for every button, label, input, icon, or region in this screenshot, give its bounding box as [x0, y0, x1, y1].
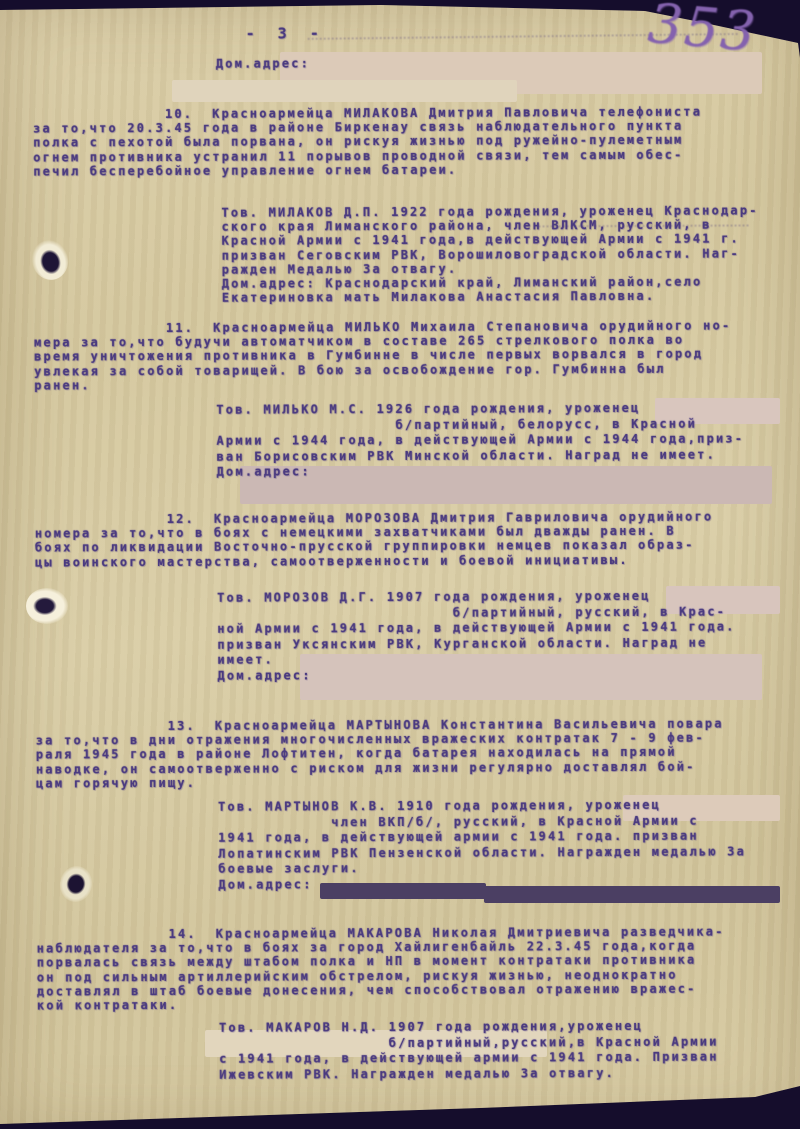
entry-14-bio: Тов. МАКАРОВ Н.Д. 1907 года рождения,уро… [219, 1018, 784, 1083]
entry-10-citation: 10. Красноармейца МИЛАКОВА Дмитрия Павло… [33, 104, 773, 178]
entry-10-bio: Тов. МИЛАКОВ Д.П. 1922 года рождения, ур… [221, 203, 781, 305]
paper-hole [26, 588, 68, 624]
entry-11-citation: 11. Красноармейца МИЛЬКО Михаила Степано… [34, 318, 779, 392]
entry-13-citation: 13. Красноармейца МАРТЫНОВА Константина … [36, 716, 781, 790]
handwritten-folio-number: 353 [645, 0, 759, 64]
top-address-label: Дом.адрес: [216, 56, 310, 71]
entry-11-bio: Тов. МИЛЬКО М.С. 1926 года рождения, уро… [216, 400, 781, 480]
entry-12-citation: 12. Красноармейца МОРОЗОВА Дмитрия Гаври… [35, 509, 780, 569]
typewritten-content: - 3 - Дом.адрес: 10. Красноармейца МИЛАК… [0, 0, 800, 1129]
entry-14-citation: 14. Красноармейца МАКАРОВА Николая Дмитр… [37, 924, 782, 1012]
entry-12-bio: Тов. МОРОЗОВ Д.Г. 1907 года рождения, ур… [217, 588, 782, 684]
entry-13-bio: Тов. МАРТЫНОВ К.В. 1910 года рождения, у… [218, 797, 788, 893]
paper-sheet: - 3 - Дом.адрес: 10. Красноармейца МИЛАК… [0, 0, 800, 1129]
